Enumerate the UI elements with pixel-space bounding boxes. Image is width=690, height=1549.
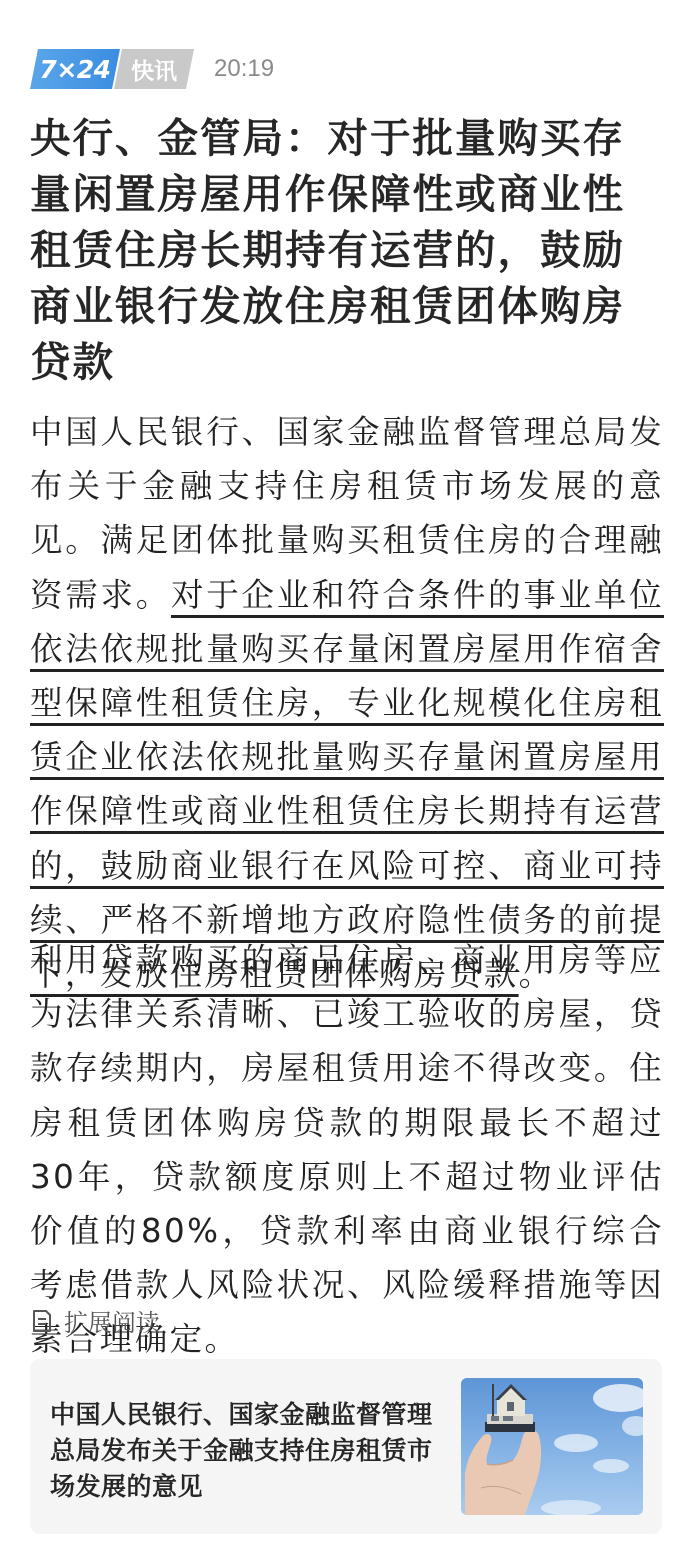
related-article-card[interactable]: 中国人民银行、国家金融监督管理总局发布关于金融支持住房租赁市场发展的意见	[30, 1359, 662, 1534]
paragraph-2-plain: 利用贷款购买的商品住房、商业用房等应为法律关系清晰、已竣工验收的房屋，贷款存续期…	[30, 941, 664, 1358]
news-header: 7×24 快讯 20:19	[30, 48, 274, 90]
badge-label: 快讯	[114, 49, 194, 89]
publish-time: 20:19	[214, 55, 274, 83]
extended-reading-header: 扩展阅读	[32, 1303, 160, 1338]
hand-holding-house-icon	[461, 1378, 643, 1515]
flash-news-badge: 7×24 快讯	[30, 49, 194, 89]
related-article-title: 中国人民银行、国家金融监督管理总局发布关于金融支持住房租赁市场发展的意见	[50, 1397, 445, 1505]
document-icon	[32, 1309, 52, 1333]
paragraph-1-underlined: 对于企业和符合条件的事业单位依法依规批量购买存量闲置房屋用作宿舍型保障性租赁住房…	[30, 576, 664, 993]
article-title: 央行、金管局：对于批量购买存量闲置房屋用作保障性或商业性租赁住房长期持有运营的，…	[30, 110, 640, 390]
article-paragraph-2: 利用贷款购买的商品住房、商业用房等应为法律关系清晰、已竣工验收的房屋，贷款存续期…	[30, 933, 664, 1367]
badge-number: 7×24	[30, 49, 120, 89]
extended-reading-label: 扩展阅读	[64, 1303, 160, 1338]
article-paragraph-1: 中国人民银行、国家金融监督管理总局发布关于金融支持住房租赁市场发展的意见。满足团…	[30, 405, 664, 1001]
